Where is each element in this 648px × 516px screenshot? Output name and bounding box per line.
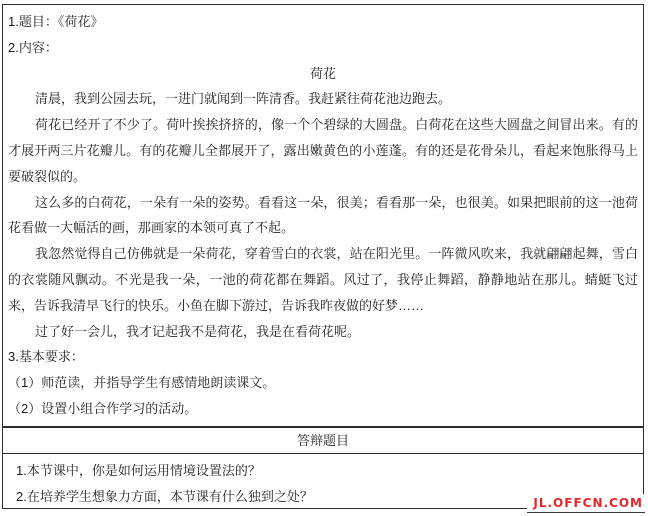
requirement-item: （1）师范读，并指导学生有感情地朗读课文。 <box>8 370 638 396</box>
document-page: { "page": { "background": "#fefefe", "bo… <box>0 0 648 516</box>
item-content: 2.内容： <box>8 35 638 61</box>
requirement-item: （2）设置小组合作学习的活动。 <box>8 396 638 422</box>
item-title: 1.题目：《荷花》 <box>8 9 638 35</box>
defense-header: 答辩题目 <box>3 428 643 454</box>
passage-paragraph: 荷花已经开了不少了。荷叶挨挨挤挤的，像一个个碧绿的大圆盘。白荷花在这些大圆盘之间… <box>8 112 638 189</box>
passage-paragraph: 过了好一会儿，我才记起我不是荷花，我是在看荷花呢。 <box>8 319 638 345</box>
passage-paragraph: 这么多的白荷花，一朵有一朵的姿势。看看这一朵，很美；看看那一朵，也很美。如果把眼… <box>8 190 638 242</box>
item-requirements: 3.基本要求： <box>8 344 638 370</box>
passage-paragraph: 清晨，我到公园去玩，一进门就闻到一阵清香。我赶紧往荷花池边跑去。 <box>8 86 638 112</box>
watermark-logo: JL.OFFCN.COM <box>527 494 645 513</box>
question-card: 1.题目：《荷花》 2.内容： 荷花 清晨，我到公园去玩，一进门就闻到一阵清香。… <box>2 4 644 427</box>
defense-question: 1.本节课中，你是如何运用情境设置法的？ <box>16 458 638 484</box>
passage-paragraph: 我忽然觉得自己仿佛就是一朵荷花，穿着雪白的衣裳，站在阳光里。一阵微风吹来，我就翩… <box>8 241 638 318</box>
passage-title: 荷花 <box>8 61 638 87</box>
